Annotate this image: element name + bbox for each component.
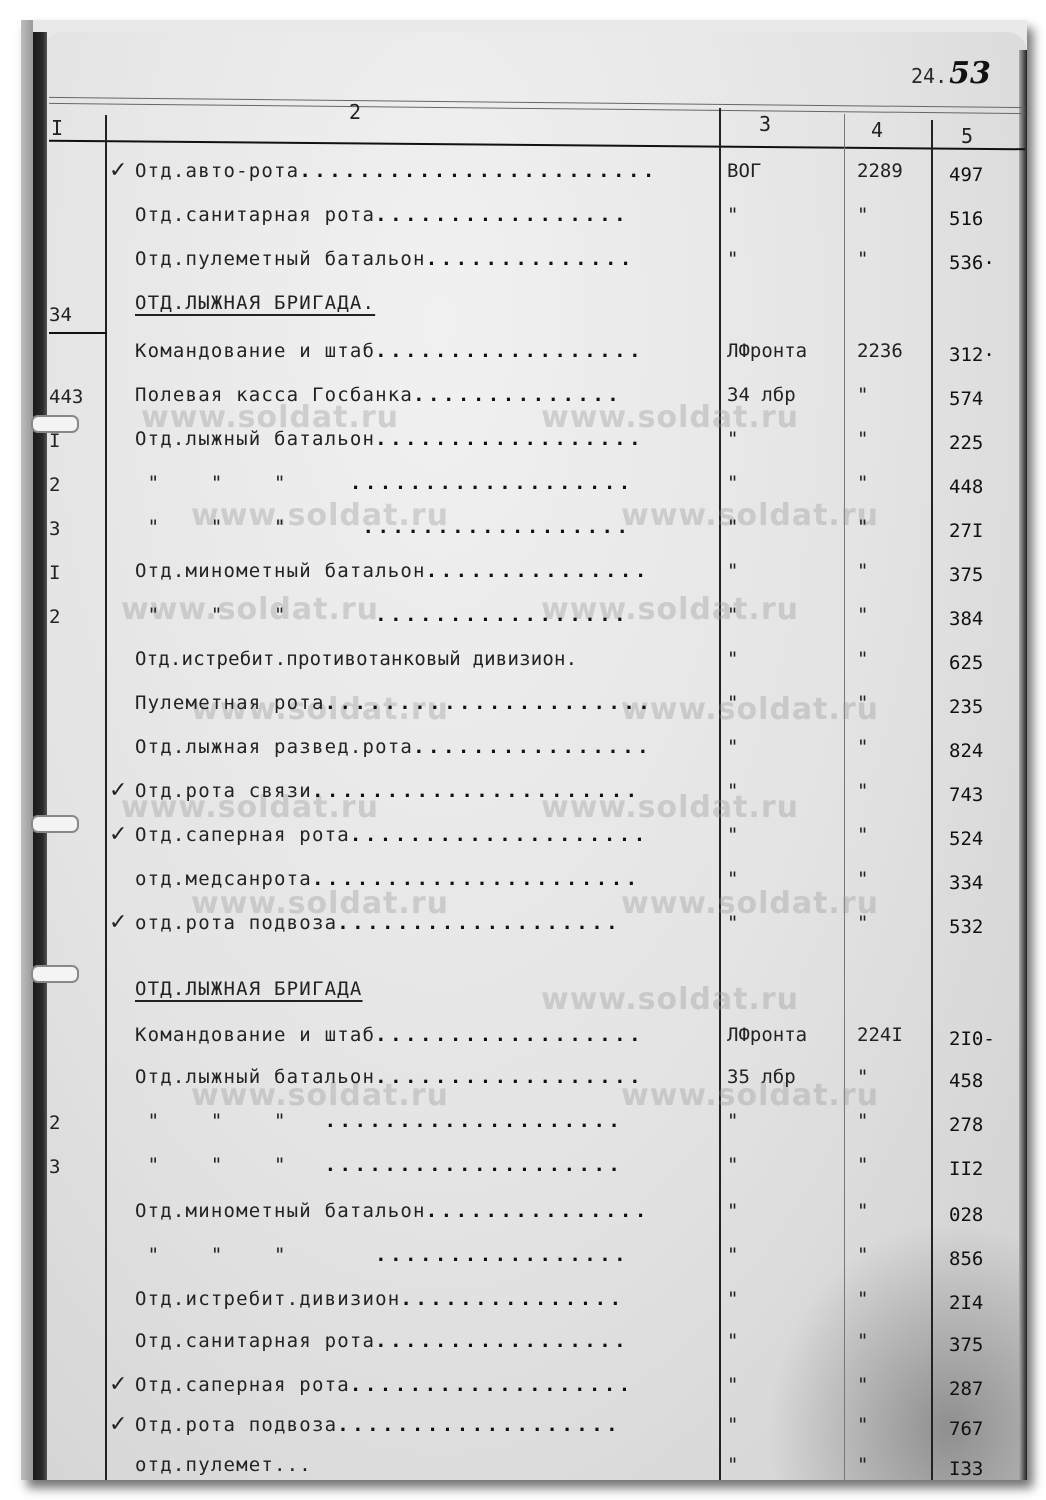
inventory-number: 375 (949, 1334, 983, 1356)
subordination: " (727, 868, 738, 890)
unit-name: " " " ................. (135, 1244, 629, 1266)
subordination: " (727, 1154, 738, 1176)
inventory-number: 856 (949, 1248, 983, 1270)
fund-number: " (857, 604, 868, 626)
document-photo: 24.53 I 2 3 4 5 www.soldat.ru www.soldat… (21, 20, 1027, 1480)
table-row: " " " ................. " " 856 (21, 1240, 1027, 1280)
inventory-number: 2I4 (949, 1292, 983, 1314)
inventory-number: 767 (949, 1418, 983, 1440)
inventory-number: 574 (949, 388, 983, 410)
table-row: 2 " " " .................... " " 278 (21, 1106, 1027, 1146)
unit-name: Отд.санитарная рота................. (135, 1330, 629, 1352)
checkmark-icon: ✓ (109, 158, 127, 183)
unit-name: Отд.лыжный батальон.................. (135, 428, 644, 450)
table-row: отд.медсанрота...................... " "… (21, 864, 1027, 904)
inventory-number: 312· (949, 344, 995, 366)
fund-number: " (857, 560, 868, 582)
unit-name: " " " .................. (135, 516, 631, 538)
column-number-2: 2 (349, 100, 361, 124)
fund-number: " (857, 780, 868, 802)
subordination: " (727, 912, 738, 934)
subordination: ЛФронта (727, 340, 807, 362)
fund-number: " (857, 1414, 868, 1436)
section-heading-row: 34 ОТД.ЛЫЖНАЯ БРИГАДА. (21, 288, 1027, 328)
table-row: Отд.санитарная рота................. " "… (21, 200, 1027, 240)
page-number-typed: 24. (911, 64, 947, 88)
checkmark-icon: ✓ (109, 1412, 127, 1437)
unit-name: Отд.истребит.противотанковый дивизион. (135, 648, 577, 670)
margin-number: I (49, 430, 60, 452)
checkmark-icon: ✓ (109, 778, 127, 803)
table-row: I Отд.минометный батальон...............… (21, 556, 1027, 596)
table-row: 3 " " " .................... " " II2 (21, 1150, 1027, 1190)
fund-number: 2289 (857, 160, 903, 182)
table-row: 2 " " " ................. " " 384 (21, 600, 1027, 640)
table-row: 2 " " " ................... " " 448 (21, 468, 1027, 508)
unit-name: Отд.лыжная развед.рота................ (135, 736, 652, 758)
table-row: ✓ Отд.рота связи...................... "… (21, 776, 1027, 816)
fund-number: 2236 (857, 340, 903, 362)
fund-number: 224I (857, 1024, 903, 1046)
fund-number: " (857, 1110, 868, 1132)
fund-number: " (857, 736, 868, 758)
inventory-number: 524 (949, 828, 983, 850)
subordination: " (727, 1374, 738, 1396)
margin-number: 443 (49, 386, 83, 408)
inventory-number: 516 (949, 208, 983, 230)
subordination: " (727, 604, 738, 626)
fund-number: " (857, 1066, 868, 1088)
inventory-number: II2 (949, 1158, 983, 1180)
subordination: " (727, 1330, 738, 1352)
inventory-number: 235 (949, 696, 983, 718)
table-row: Отд.пулеметный батальон.............. " … (21, 244, 1027, 284)
page-number-handwritten: 53 (949, 56, 991, 91)
inventory-number: 458 (949, 1070, 983, 1092)
subordination: " (727, 648, 738, 670)
subordination: " (727, 692, 738, 714)
margin-number: 2 (49, 606, 60, 628)
fund-number: " (857, 204, 868, 226)
inventory-number: 287 (949, 1378, 983, 1400)
unit-name: Пулеметная рота...................... (135, 692, 653, 714)
subordination: ЛФронта (727, 1024, 807, 1046)
unit-name: Отд.истребит.дивизион............... (135, 1288, 625, 1310)
subordination: " (727, 780, 738, 802)
margin-number: 2 (49, 1112, 60, 1134)
fund-number: " (857, 248, 868, 270)
unit-name: " " " .................... (135, 1154, 623, 1176)
unit-name: Отд.пулеметный батальон.............. (135, 248, 635, 270)
inventory-number: 536· (949, 252, 995, 274)
subordination: " (727, 516, 738, 538)
fund-number: " (857, 1200, 868, 1222)
inventory-number: 824 (949, 740, 983, 762)
table-row: ✓ отд.рота подвоза................... " … (21, 908, 1027, 948)
subordination: 34 лбр (727, 384, 796, 406)
inventory-number: 625 (949, 652, 983, 674)
subordination: " (727, 204, 738, 226)
unit-name: Командование и штаб.................. (135, 340, 644, 362)
checkmark-icon: ✓ (109, 822, 127, 847)
margin-number: 34 (49, 304, 72, 326)
unit-name: " " " .................... (135, 1110, 623, 1132)
subordination: " (727, 1414, 738, 1436)
fund-number: " (857, 912, 868, 934)
column-number-4: 4 (871, 118, 883, 142)
table-row: Командование и штаб.................. ЛФ… (21, 336, 1027, 376)
unit-name: Полевая касса Госбанка.............. (135, 384, 622, 406)
inventory-number: 743 (949, 784, 983, 806)
fund-number: " (857, 428, 868, 450)
unit-name: Отд.минометный батальон............... (135, 1200, 650, 1222)
section-heading-row: ОТД.ЛЫЖНАЯ БРИГАДА (21, 974, 1027, 1014)
fund-number: " (857, 1374, 868, 1396)
subordination: 35 лбр (727, 1066, 796, 1088)
table-row: ✓ Отд.саперная рота.................... … (21, 820, 1027, 860)
table-row: Пулеметная рота...................... " … (21, 688, 1027, 728)
column-number-3: 3 (759, 112, 771, 136)
inventory-number: 278 (949, 1114, 983, 1136)
table-row: Отд.минометный батальон............... "… (21, 1196, 1027, 1236)
column-number-5: 5 (961, 124, 973, 148)
fund-number: " (857, 1330, 868, 1352)
fund-number: " (857, 648, 868, 670)
table-row: Отд.лыжный батальон.................. 35… (21, 1062, 1027, 1102)
unit-name: отд.пулемет... (135, 1454, 312, 1476)
inventory-number: 225 (949, 432, 983, 454)
unit-name: Отд.авто-рота........................ (135, 160, 658, 182)
unit-name: Командование и штаб.................. (135, 1024, 644, 1046)
subordination: " (727, 1110, 738, 1132)
inventory-number: 27I (949, 520, 983, 542)
table-row: Отд.лыжная развед.рота................ "… (21, 732, 1027, 772)
unit-name: Отд.рота подвоза................... (135, 1414, 621, 1436)
fund-number: " (857, 1244, 868, 1266)
subordination: ВОГ (727, 160, 761, 182)
table-row: I Отд.лыжный батальон.................. … (21, 424, 1027, 464)
subordination: " (727, 1244, 738, 1266)
fund-number: " (857, 384, 868, 406)
margin-number: 3 (49, 1156, 60, 1178)
fund-number: " (857, 516, 868, 538)
table-row: отд.пулемет... " " I33 (21, 1450, 1027, 1480)
checkmark-icon: ✓ (109, 1372, 127, 1397)
subordination: " (727, 248, 738, 270)
inventory-number: 028 (949, 1204, 983, 1226)
fund-number: " (857, 1154, 868, 1176)
checkmark-icon: ✓ (109, 910, 127, 935)
fund-number: " (857, 692, 868, 714)
table-row: 3 " " " .................. " " 27I (21, 512, 1027, 552)
subordination: " (727, 560, 738, 582)
table-row: Отд.истребит.противотанковый дивизион. "… (21, 644, 1027, 684)
subordination: " (727, 824, 738, 846)
subordination: " (727, 1288, 738, 1310)
inventory-number: 384 (949, 608, 983, 630)
unit-name: отд.рота подвоза................... (135, 912, 621, 934)
unit-name: Отд.рота связи...................... (135, 780, 641, 802)
table-row: Отд.санитарная рота................. " "… (21, 1326, 1027, 1366)
subordination: " (727, 428, 738, 450)
inventory-number: 532 (949, 916, 983, 938)
table-row: ✓ Отд.саперная рота................... "… (21, 1370, 1027, 1410)
fund-number: " (857, 1288, 868, 1310)
margin-number: 2 (49, 474, 60, 496)
section-heading: ОТД.ЛЫЖНАЯ БРИГАДА (135, 978, 363, 1000)
margin-separator (49, 332, 107, 334)
page-number: 24.53 (911, 56, 991, 91)
fund-number: " (857, 1454, 868, 1476)
inventory-number: 375 (949, 564, 983, 586)
unit-name: Отд.саперная рота.................... (135, 824, 649, 846)
fund-number: " (857, 472, 868, 494)
inventory-number: 497 (949, 164, 983, 186)
table-row: Командование и штаб.................. ЛФ… (21, 1020, 1027, 1060)
table-row: ✓ Отд.авто-рота........................ … (21, 156, 1027, 196)
unit-name: Отд.лыжный батальон.................. (135, 1066, 644, 1088)
unit-name: " " " ................. (135, 604, 629, 626)
unit-name: отд.медсанрота...................... (135, 868, 641, 890)
unit-name: Отд.санитарная рота................. (135, 204, 629, 226)
section-heading: ОТД.ЛЫЖНАЯ БРИГАДА. (135, 292, 375, 314)
table-row: ✓ Отд.рота подвоза................... " … (21, 1410, 1027, 1450)
inventory-number: 448 (949, 476, 983, 498)
margin-number: 3 (49, 518, 60, 540)
margin-number: I (49, 562, 60, 584)
subordination: " (727, 1454, 738, 1476)
inventory-number: 2I0- (949, 1028, 995, 1050)
subordination: " (727, 1200, 738, 1222)
table-row: Отд.истребит.дивизион............... " "… (21, 1284, 1027, 1324)
unit-name: Отд.минометный батальон............... (135, 560, 650, 582)
subordination: " (727, 472, 738, 494)
fund-number: " (857, 824, 868, 846)
unit-name: Отд.саперная рота................... (135, 1374, 634, 1396)
table-row: 443 Полевая касса Госбанка..............… (21, 380, 1027, 420)
unit-name: " " " ................... (135, 472, 634, 494)
fund-number: " (857, 868, 868, 890)
inventory-number: 334 (949, 872, 983, 894)
subordination: " (727, 736, 738, 758)
inventory-number: I33 (949, 1458, 983, 1480)
column-number-1: I (51, 116, 63, 140)
